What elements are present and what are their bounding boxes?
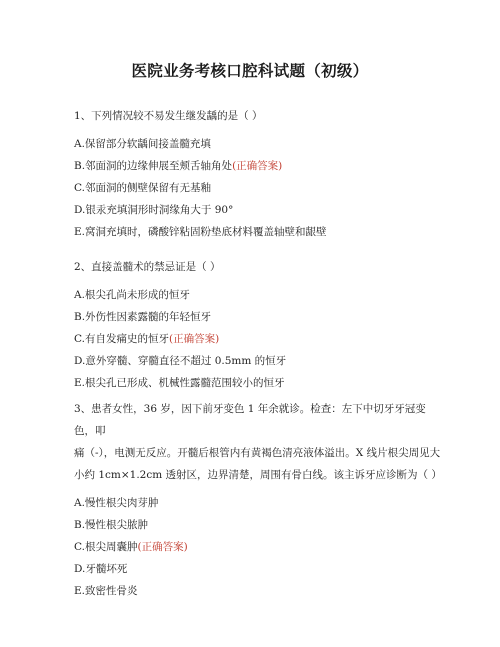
option-text: A.保留部分软龋间接盖髓充填 (74, 138, 211, 150)
option-a: A.保留部分软龋间接盖髓充填 (74, 133, 444, 155)
option-text: E.根尖孔已形成、机械性露髓范围较小的恒牙 (74, 377, 285, 389)
option-text: B.慢性根尖脓肿 (74, 519, 148, 531)
option-e: E.窝洞充填时，磷酸锌粘固粉垫底材料覆盖轴壁和龈壁 (74, 221, 444, 243)
question-2: 2、直接盖髓术的禁忌证是（ ） A.根尖孔尚未形成的恒牙 B.外伤性因素露髓的年… (74, 256, 444, 394)
option-text: D.意外穿髓、穿髓直径不超过 0.5mm 的恒牙 (74, 355, 286, 367)
stem-line: 3、患者女性，36 岁，因下前牙变色 1 年余就诊。检查：左下中切牙牙冠变色，叩 (74, 398, 444, 442)
option-text: E.致密性骨炎 (74, 585, 138, 597)
option-d: D.牙髓坏死 (74, 558, 444, 580)
option-text: D.银汞充填洞形时洞缘角大于 90° (74, 204, 233, 216)
option-text: C.根尖周囊肿 (74, 541, 138, 553)
option-text: C.有自发痛史的恒牙 (74, 333, 169, 345)
option-a: A.慢性根尖肉芽肿 (74, 492, 444, 514)
question-stem: 2、直接盖髓术的禁忌证是（ ） (74, 256, 444, 278)
option-text: A.慢性根尖肉芽肿 (74, 497, 158, 509)
question-stem: 1、下列情况较不易发生继发龋的是（ ） (74, 105, 444, 127)
option-b: B.外伤性因素露髓的年轻恒牙 (74, 306, 444, 328)
option-text: C.邻面洞的侧壁保留有无基釉 (74, 182, 211, 194)
option-d: D.银汞充填洞形时洞缘角大于 90° (74, 199, 444, 221)
question-3: 3、患者女性，36 岁，因下前牙变色 1 年余就诊。检查：左下中切牙牙冠变色，叩… (74, 398, 444, 602)
option-c: C.有自发痛史的恒牙(正确答案) (74, 328, 444, 350)
option-a: A.根尖孔尚未形成的恒牙 (74, 284, 444, 306)
option-e: E.致密性骨炎 (74, 580, 444, 602)
option-b: B.慢性根尖脓肿 (74, 514, 444, 536)
correct-answer-tag: (正确答案) (138, 541, 188, 553)
page-title: 医院业务考核口腔科试题（初级） (0, 59, 500, 81)
correct-answer-tag: (正确答案) (169, 333, 219, 345)
option-c: C.根尖周囊肿(正确答案) (74, 536, 444, 558)
document-page: 医院业务考核口腔科试题（初级） 1、下列情况较不易发生继发龋的是（ ） A.保留… (0, 0, 500, 647)
option-text: A.根尖孔尚未形成的恒牙 (74, 289, 190, 301)
question-1: 1、下列情况较不易发生继发龋的是（ ） A.保留部分软龋间接盖髓充填 B.邻面洞… (74, 105, 444, 243)
option-text: B.邻面洞的边缘伸展至颊舌轴角处 (74, 160, 232, 172)
option-text: B.外伤性因素露髓的年轻恒牙 (74, 311, 211, 323)
option-text: D.牙髓坏死 (74, 563, 127, 575)
option-b: B.邻面洞的边缘伸展至颊舌轴角处(正确答案) (74, 155, 444, 177)
option-d: D.意外穿髓、穿髓直径不超过 0.5mm 的恒牙 (74, 350, 444, 372)
option-c: C.邻面洞的侧壁保留有无基釉 (74, 177, 444, 199)
option-e: E.根尖孔已形成、机械性露髓范围较小的恒牙 (74, 372, 444, 394)
stem-line: 痛（-），电测无反应。开髓后根管内有黄褐色清亮液体溢出。X 线片根尖周见大 (74, 442, 444, 464)
option-text: E.窝洞充填时，磷酸锌粘固粉垫底材料覆盖轴壁和龈壁 (74, 226, 327, 238)
stem-line: 小约 1cm×1.2cm 透射区，边界清楚，周围有骨白线。该主诉牙应诊断为（ ） (74, 464, 444, 486)
question-stem: 3、患者女性，36 岁，因下前牙变色 1 年余就诊。检查：左下中切牙牙冠变色，叩… (74, 398, 444, 486)
correct-answer-tag: (正确答案) (232, 160, 282, 172)
